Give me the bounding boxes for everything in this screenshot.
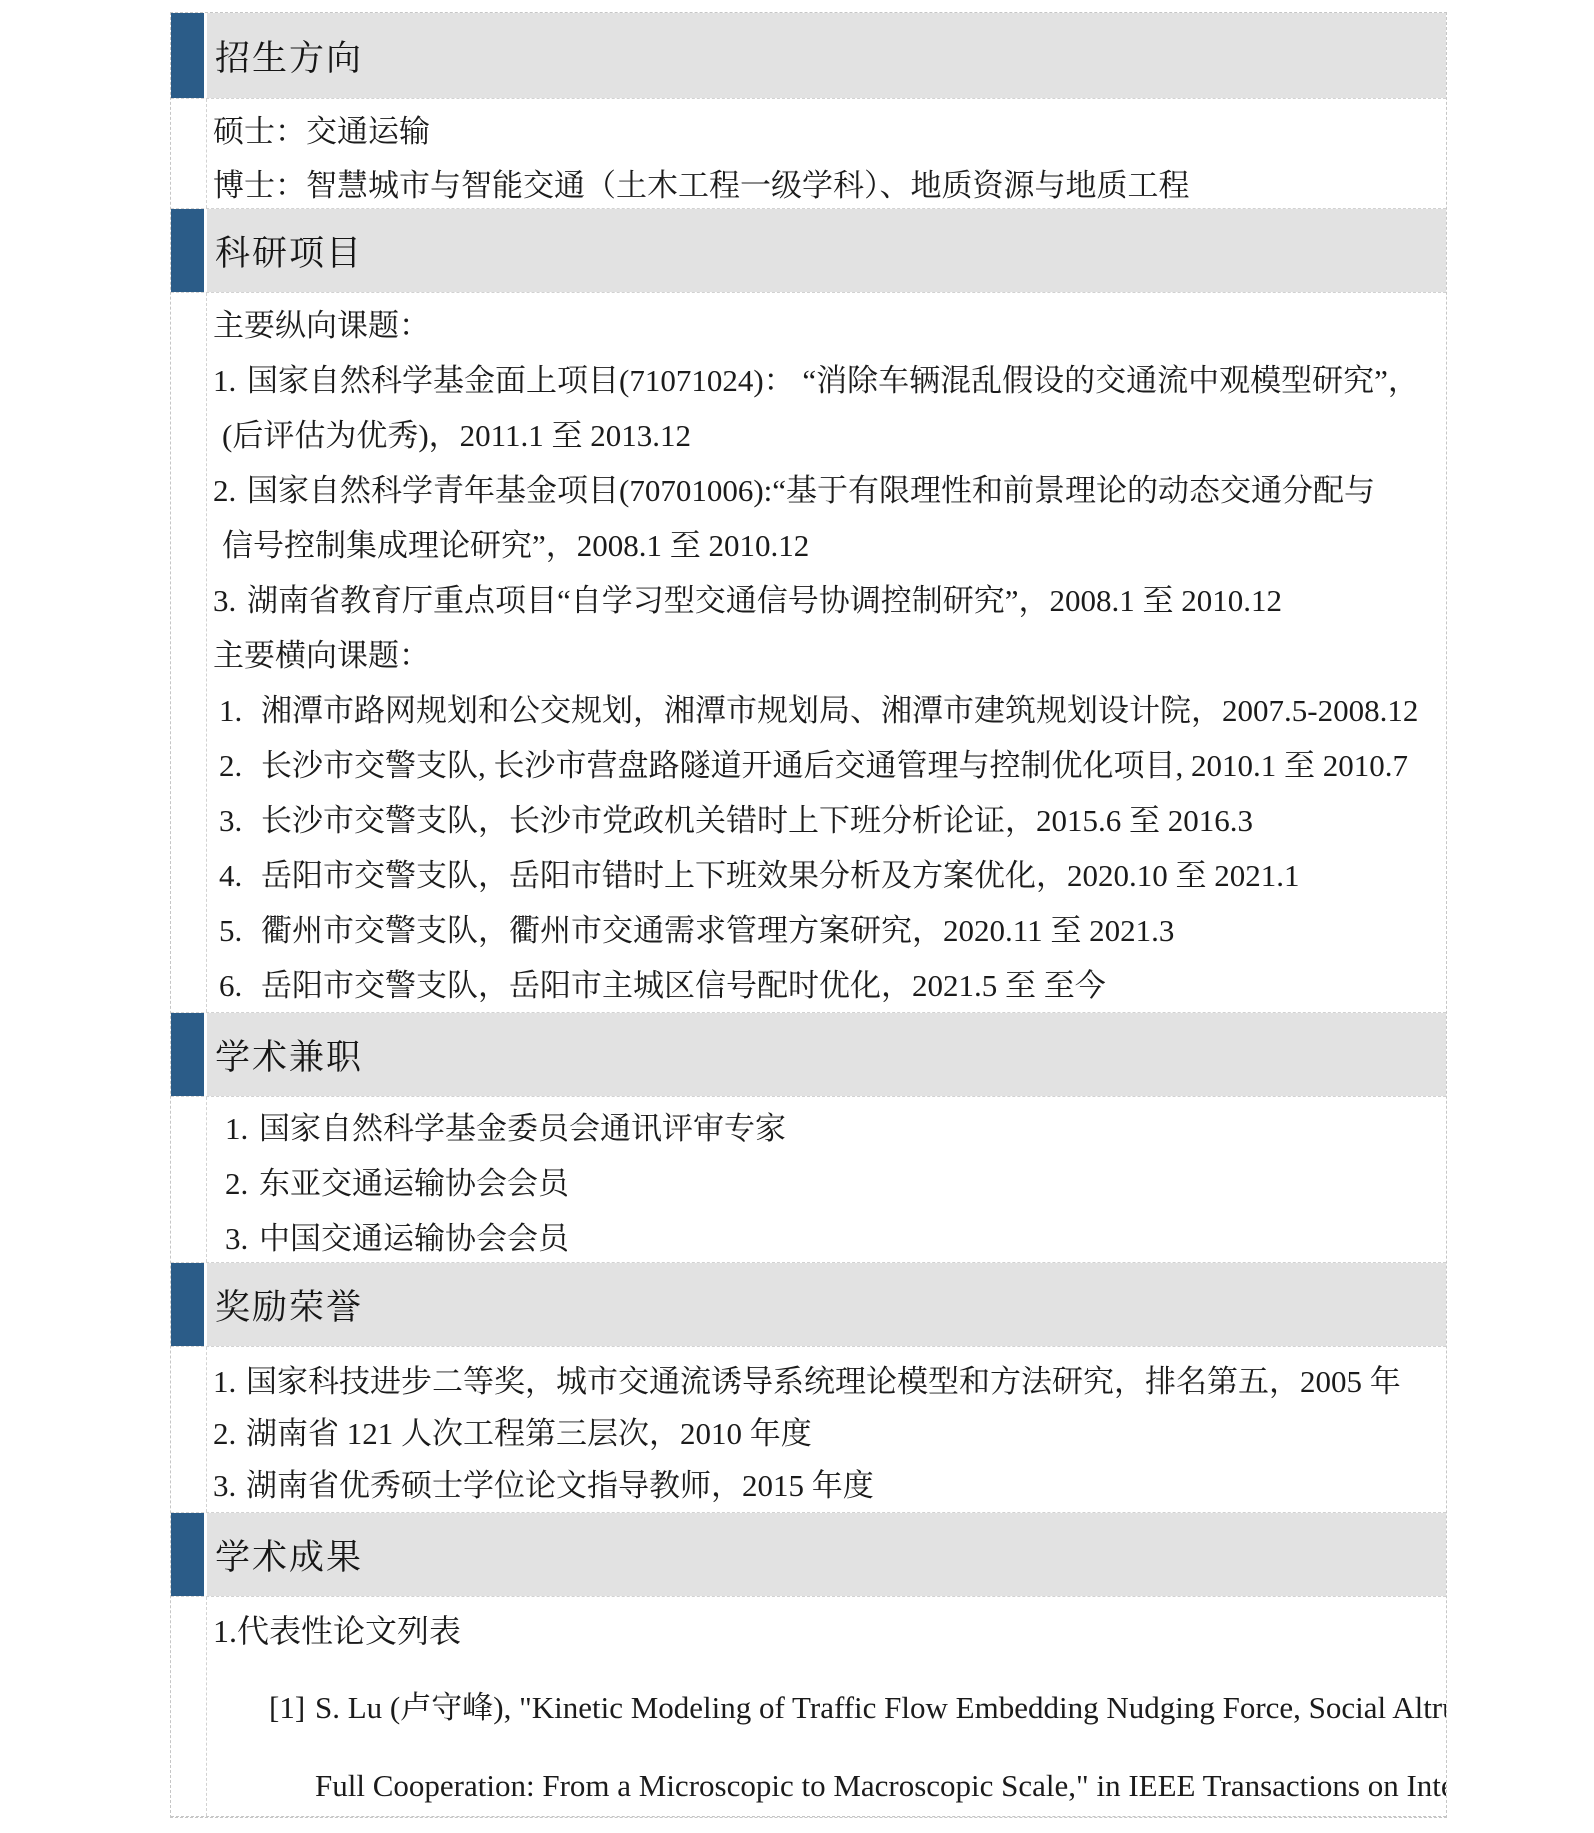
accent-tab	[171, 1513, 207, 1596]
item-number: 1.	[213, 353, 247, 408]
tab-column	[171, 1097, 207, 1262]
achievements-list-label: 1.代表性论文列表	[213, 1607, 1446, 1655]
positions-item: 3. 中国交通运输协会会员	[213, 1211, 1446, 1262]
item-number: 1.	[225, 1101, 259, 1156]
item-text: 国家自然科学基金委员会通讯评审专家	[259, 1101, 786, 1156]
item-text: 国家自然科学青年基金项目(70701006):“基于有限理性和前景理论的动态交通…	[247, 463, 1375, 518]
research-content: 主要纵向课题： 1. 国家自然科学基金面上项目(71071024)： “消除车辆…	[207, 293, 1446, 1012]
accent-tab	[171, 1263, 207, 1346]
item-text: 岳阳市交警支队，岳阳市主城区信号配时优化，2021.5 至 至今	[261, 958, 1106, 1012]
awards-item: 3. 湖南省优秀硕士学位论文指导教师，2015 年度	[213, 1460, 1446, 1512]
item-number: 3.	[213, 573, 247, 628]
enrollment-content: 硕士：交通运输 博士：智慧城市与智能交通（土木工程一级学科）、地质资源与地质工程	[207, 99, 1446, 208]
item-number: 3.	[219, 793, 261, 848]
research-label-horizontal: 主要横向课题：	[213, 628, 1446, 683]
publication-line: S. Lu (卢守峰), "Kinetic Modeling of Traffi…	[315, 1669, 1446, 1747]
research-item: 2. 长沙市交警支队, 长沙市营盘路隧道开通后交通管理与控制优化项目, 2010…	[213, 738, 1446, 793]
item-number: 3.	[225, 1211, 259, 1262]
section-body-positions: 1. 国家自然科学基金委员会通讯评审专家 2. 东亚交通运输协会会员 3. 中国…	[171, 1097, 1446, 1263]
tab-column	[171, 99, 207, 208]
item-text: 长沙市交警支队，长沙市党政机关错时上下班分析论证，2015.6 至 2016.3	[261, 793, 1253, 848]
item-number: 2.	[225, 1156, 259, 1211]
publication-number: [1]	[269, 1669, 315, 1816]
item-number: 4.	[219, 848, 261, 903]
research-label-vertical: 主要纵向课题：	[213, 298, 1446, 353]
awards-item: 1. 国家科技进步二等奖，城市交通流诱导系统理论模型和方法研究，排名第五，200…	[213, 1356, 1446, 1408]
item-number: 1.	[213, 1356, 246, 1408]
item-continuation: 信号控制集成理论研究”，2008.1 至 2010.12	[213, 518, 1446, 573]
tab-column	[171, 1597, 207, 1816]
research-item: 3. 湖南省教育厅重点项目“自学习型交通信号协调控制研究”，2008.1 至 2…	[213, 573, 1446, 628]
achievements-content: 1.代表性论文列表 [1] S. Lu (卢守峰), "Kinetic Mode…	[207, 1597, 1446, 1816]
item-text: 湘潭市路网规划和公交规划，湘潭市规划局、湘潭市建筑规划设计院，2007.5-20…	[261, 683, 1418, 738]
item-text: 岳阳市交警支队，岳阳市错时上下班效果分析及方案优化，2020.10 至 2021…	[261, 848, 1300, 903]
accent-tab	[171, 209, 207, 292]
publication-line: Full Cooperation: From a Microscopic to …	[315, 1747, 1446, 1816]
positions-content: 1. 国家自然科学基金委员会通讯评审专家 2. 东亚交通运输协会会员 3. 中国…	[207, 1097, 1446, 1262]
accent-tab	[171, 1013, 207, 1096]
section-body-achievements: 1.代表性论文列表 [1] S. Lu (卢守峰), "Kinetic Mode…	[171, 1597, 1446, 1817]
positions-item: 1. 国家自然科学基金委员会通讯评审专家	[213, 1101, 1446, 1156]
item-number: 2.	[219, 738, 261, 793]
research-item: 6. 岳阳市交警支队，岳阳市主城区信号配时优化，2021.5 至 至今	[213, 958, 1446, 1012]
section-header-research: 科研项目	[171, 209, 1446, 293]
tab-column	[171, 1347, 207, 1512]
item-number: 2.	[213, 463, 247, 518]
item-text: 国家科技进步二等奖，城市交通流诱导系统理论模型和方法研究，排名第五，2005 年	[246, 1356, 1401, 1408]
research-item: 1. 国家自然科学基金面上项目(71071024)： “消除车辆混乱假设的交通流…	[213, 353, 1446, 408]
item-number: 6.	[219, 958, 261, 1012]
publication-item: [1] S. Lu (卢守峰), "Kinetic Modeling of Tr…	[213, 1669, 1446, 1816]
item-continuation: (后评估为优秀)，2011.1 至 2013.12	[213, 408, 1446, 463]
accent-tab	[171, 13, 207, 98]
research-item: 3. 长沙市交警支队，长沙市党政机关错时上下班分析论证，2015.6 至 201…	[213, 793, 1446, 848]
section-title-positions: 学术兼职	[207, 1013, 1446, 1096]
positions-item: 2. 东亚交通运输协会会员	[213, 1156, 1446, 1211]
item-text: 湖南省教育厅重点项目“自学习型交通信号协调控制研究”，2008.1 至 2010…	[247, 573, 1282, 628]
item-number: 3.	[213, 1460, 246, 1512]
research-item: 5. 衢州市交警支队，衢州市交通需求管理方案研究，2020.11 至 2021.…	[213, 903, 1446, 958]
item-number: 1.	[219, 683, 261, 738]
awards-item: 2. 湖南省 121 人次工程第三层次，2010 年度	[213, 1408, 1446, 1460]
enrollment-row-doctor: 博士：智慧城市与智能交通（土木工程一级学科）、地质资源与地质工程	[213, 159, 1446, 208]
enrollment-row-master: 硕士：交通运输	[213, 105, 1446, 159]
item-text: 湖南省 121 人次工程第三层次，2010 年度	[246, 1408, 812, 1460]
item-number: 5.	[219, 903, 261, 958]
item-text: 中国交通运输协会会员	[259, 1211, 569, 1262]
section-title-achievements: 学术成果	[207, 1513, 1446, 1596]
research-item: 2. 国家自然科学青年基金项目(70701006):“基于有限理性和前景理论的动…	[213, 463, 1446, 518]
research-item: 1. 湘潭市路网规划和公交规划，湘潭市规划局、湘潭市建筑规划设计院，2007.5…	[213, 683, 1446, 738]
awards-content: 1. 国家科技进步二等奖，城市交通流诱导系统理论模型和方法研究，排名第五，200…	[207, 1347, 1446, 1512]
section-header-achievements: 学术成果	[171, 1513, 1446, 1597]
section-header-positions: 学术兼职	[171, 1013, 1446, 1097]
item-text: 衢州市交警支队，衢州市交通需求管理方案研究，2020.11 至 2021.3	[261, 903, 1174, 958]
section-title-awards: 奖励荣誉	[207, 1263, 1446, 1346]
item-text: 湖南省优秀硕士学位论文指导教师，2015 年度	[246, 1460, 874, 1512]
tab-column	[171, 293, 207, 1012]
profile-table: 招生方向 硕士：交通运输 博士：智慧城市与智能交通（土木工程一级学科）、地质资源…	[170, 12, 1447, 1818]
item-text: 东亚交通运输协会会员	[259, 1156, 569, 1211]
research-item: 4. 岳阳市交警支队，岳阳市错时上下班效果分析及方案优化，2020.10 至 2…	[213, 848, 1446, 903]
item-text: 国家自然科学基金面上项目(71071024)： “消除车辆混乱假设的交通流中观模…	[247, 353, 1419, 408]
section-body-awards: 1. 国家科技进步二等奖，城市交通流诱导系统理论模型和方法研究，排名第五，200…	[171, 1347, 1446, 1513]
publication-text: S. Lu (卢守峰), "Kinetic Modeling of Traffi…	[315, 1669, 1446, 1816]
section-title-enrollment: 招生方向	[207, 13, 1446, 98]
item-number: 2.	[213, 1408, 246, 1460]
section-body-research: 主要纵向课题： 1. 国家自然科学基金面上项目(71071024)： “消除车辆…	[171, 293, 1446, 1013]
section-title-research: 科研项目	[207, 209, 1446, 292]
section-header-enrollment: 招生方向	[171, 13, 1446, 99]
section-body-enrollment: 硕士：交通运输 博士：智慧城市与智能交通（土木工程一级学科）、地质资源与地质工程	[171, 99, 1446, 209]
section-header-awards: 奖励荣誉	[171, 1263, 1446, 1347]
item-text: 长沙市交警支队, 长沙市营盘路隧道开通后交通管理与控制优化项目, 2010.1 …	[261, 738, 1408, 793]
